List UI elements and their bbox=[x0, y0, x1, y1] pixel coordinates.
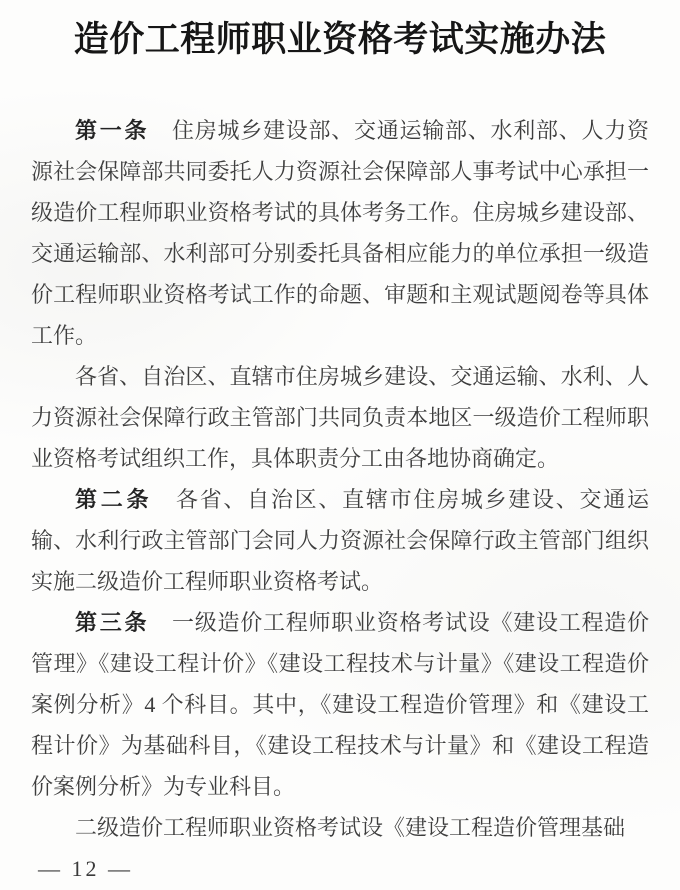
article-1-para-2-text: 各省、自治区、直辖市住房城乡建设、交通运输、水利、人力资源社会保障行政主管部门共… bbox=[31, 364, 649, 471]
article-3-text: 一级造价工程师职业资格考试设《建设工程造价管理》《建设工程计价》《建设工程技术与… bbox=[31, 610, 649, 799]
article-1-label: 第一条 bbox=[75, 118, 149, 143]
article-3-label: 第三条 bbox=[75, 610, 149, 635]
document-body: 第一条 住房城乡建设部、交通运输部、水利部、人力资源社会保障部共同委托人力资源社… bbox=[31, 110, 649, 848]
paragraph-article-1-cont: 各省、自治区、直辖市住房城乡建设、交通运输、水利、人力资源社会保障行政主管部门共… bbox=[31, 356, 649, 479]
page-title: 造价工程师职业资格考试实施办法 bbox=[0, 0, 680, 64]
paragraph-article-3: 第三条 一级造价工程师职业资格考试设《建设工程造价管理》《建设工程计价》《建设工… bbox=[31, 602, 649, 807]
article-2-label: 第二条 bbox=[75, 487, 152, 512]
page-number: — 12 — bbox=[38, 856, 133, 882]
article-1-text: 住房城乡建设部、交通运输部、水利部、人力资源社会保障部共同委托人力资源社会保障部… bbox=[31, 118, 649, 348]
paragraph-article-2: 第二条 各省、自治区、直辖市住房城乡建设、交通运输、水利行政主管部门会同人力资源… bbox=[31, 479, 649, 602]
document-page: 造价工程师职业资格考试实施办法 第一条 住房城乡建设部、交通运输部、水利部、人力… bbox=[0, 0, 680, 890]
paragraph-article-1: 第一条 住房城乡建设部、交通运输部、水利部、人力资源社会保障部共同委托人力资源社… bbox=[31, 110, 649, 356]
paragraph-article-3-cont: 二级造价工程师职业资格考试设《建设工程造价管理基础 bbox=[31, 807, 649, 848]
article-3-para-2-text: 二级造价工程师职业资格考试设《建设工程造价管理基础 bbox=[75, 815, 625, 840]
